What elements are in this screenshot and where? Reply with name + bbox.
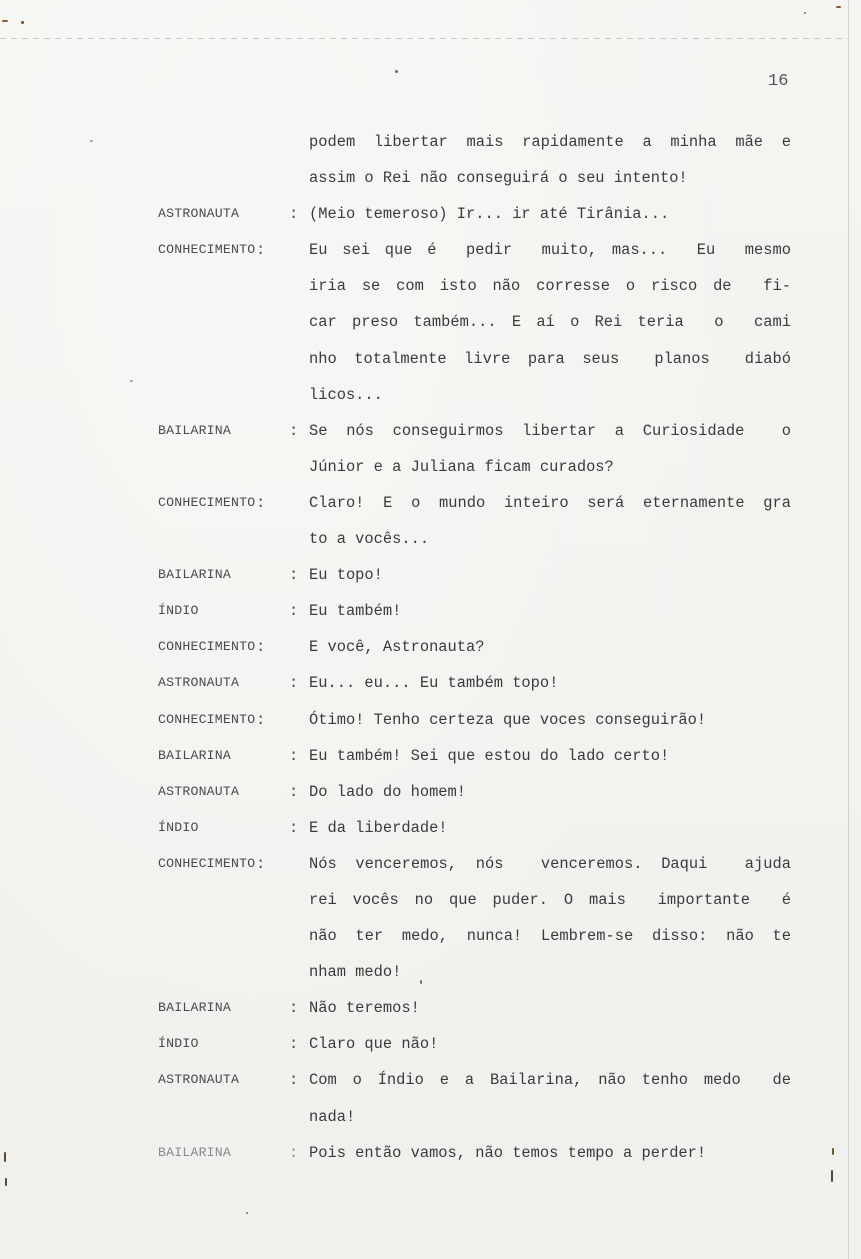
ink-speck [90, 140, 93, 142]
speaker-name: ÍNDIO [158, 810, 199, 846]
dialogue-line: ASTRONAUTA:Eu... eu... Eu também topo! [0, 665, 861, 701]
speaker-separator: : [289, 1062, 298, 1098]
speaker-separator: : [289, 665, 298, 701]
speaker-name: ASTRONAUTA [158, 774, 239, 810]
dialogue-line: BAILARINA:Se nós conseguirmos libertar a… [0, 413, 861, 449]
dialogue-text: Eu sei que é pedir muito, mas... Eu mesm… [309, 232, 791, 268]
speaker-separator: : [289, 774, 298, 810]
dialogue-line: CONHECIMENTO:Ótimo! Tenho certeza que vo… [0, 702, 861, 738]
speaker-name: CONHECIMENTO [158, 629, 255, 665]
speaker-name: CONHECIMENTO [158, 485, 255, 521]
speaker-separator: : [289, 413, 298, 449]
dialogue-text: Eu também! Sei que estou do lado certo! [309, 738, 669, 774]
dialogue-text: Ótimo! Tenho certeza que voces conseguir… [309, 702, 706, 738]
speaker-name: BAILARINA [158, 738, 231, 774]
speaker-separator: : [289, 990, 298, 1026]
dialogue-line: BAILARINA:Eu também! Sei que estou do la… [0, 738, 861, 774]
ink-speck [130, 380, 133, 382]
dialogue-script: podem libertar mais rapidamente a minha … [0, 124, 861, 1171]
speaker-separator: : [289, 738, 298, 774]
dialogue-text: assim o Rei não conseguirá o seu intento… [309, 160, 688, 196]
dialogue-continuation-line: assim o Rei não conseguirá o seu intento… [0, 160, 861, 196]
dialogue-continuation-line: to a vocês... [0, 521, 861, 557]
speaker-separator: : [256, 232, 265, 268]
dialogue-continuation-line: nham medo! [0, 954, 861, 990]
speaker-name: ÍNDIO [158, 1026, 199, 1062]
dialogue-line: CONHECIMENTO:Claro! E o mundo inteiro se… [0, 485, 861, 521]
speaker-separator: : [256, 629, 265, 665]
speaker-separator: : [289, 810, 298, 846]
speaker-separator: : [289, 196, 298, 232]
dialogue-text: car preso também... E aí o Rei teria o c… [309, 304, 791, 340]
dialogue-text: Do lado do homem! [309, 774, 466, 810]
dialogue-text: licos... [309, 377, 383, 413]
dialogue-text: rei vocês no que puder. O mais important… [309, 882, 791, 918]
dialogue-text: podem libertar mais rapidamente a minha … [309, 124, 791, 160]
speaker-separator: : [256, 702, 265, 738]
dialogue-line: BAILARINA:Pois então vamos, não temos te… [0, 1135, 861, 1171]
speaker-name: CONHECIMENTO [158, 846, 255, 882]
dialogue-text: Júnior e a Juliana ficam curados? [309, 449, 614, 485]
dialogue-text: E você, Astronauta? [309, 629, 484, 665]
dialogue-line: ÍNDIO:Eu também! [0, 593, 861, 629]
dialogue-line: CONHECIMENTO:E você, Astronauta? [0, 629, 861, 665]
dialogue-text: (Meio temeroso) Ir... ir até Tirânia... [309, 196, 669, 232]
staple-hole-mark [832, 1148, 834, 1155]
speaker-name: BAILARINA [158, 1135, 231, 1171]
speaker-separator: : [289, 1026, 298, 1062]
ink-speck [246, 1212, 248, 1214]
dialogue-line: ÍNDIO:Claro que não! [0, 1026, 861, 1062]
dialogue-continuation-line: car preso também... E aí o Rei teria o c… [0, 304, 861, 340]
dialogue-text: E da liberdade! [309, 810, 448, 846]
ink-speck [420, 980, 422, 984]
speaker-name: BAILARINA [158, 557, 231, 593]
dialogue-line: CONHECIMENTO:Nós venceremos, nós vencere… [0, 846, 861, 882]
dialogue-continuation-line: iria se com isto não corresse o risco de… [0, 268, 861, 304]
dialogue-continuation-line: nada! [0, 1099, 861, 1135]
speaker-name: ÍNDIO [158, 593, 199, 629]
typewritten-script-page: 16 podem libertar mais rapidamente a min… [0, 0, 861, 1259]
staple-hole-mark [5, 1178, 7, 1186]
dialogue-text: Pois então vamos, não temos tempo a perd… [309, 1135, 706, 1171]
dialogue-continuation-line: Júnior e a Juliana ficam curados? [0, 449, 861, 485]
dialogue-text: nham medo! [309, 954, 401, 990]
paper-stain-mark [21, 21, 24, 24]
top-margin-rule [0, 38, 848, 39]
dialogue-line: BAILARINA:Não teremos! [0, 990, 861, 1026]
dialogue-text: Claro que não! [309, 1026, 438, 1062]
dialogue-line: BAILARINA:Eu topo! [0, 557, 861, 593]
dialogue-text: to a vocês... [309, 521, 429, 557]
dialogue-text: Eu topo! [309, 557, 383, 593]
dialogue-text: Se nós conseguirmos libertar a Curiosida… [309, 413, 791, 449]
dialogue-text: Claro! E o mundo inteiro será eternament… [309, 485, 791, 521]
dialogue-continuation-line: licos... [0, 377, 861, 413]
dialogue-text: Nós venceremos, nós venceremos. Daqui aj… [309, 846, 791, 882]
speaker-name: CONHECIMENTO [158, 232, 255, 268]
staple-hole-mark [831, 1170, 833, 1182]
paper-stain-mark [836, 6, 841, 8]
dialogue-text: Com o Índio e a Bailarina, não tenho med… [309, 1062, 791, 1098]
speaker-separator: : [256, 846, 265, 882]
dialogue-text: iria se com isto não corresse o risco de… [309, 268, 791, 304]
staple-hole-mark [4, 1152, 6, 1162]
dialogue-text: nho totalmente livre para seus planos di… [309, 341, 791, 377]
ink-speck [395, 70, 398, 73]
dialogue-continuation-line: nho totalmente livre para seus planos di… [0, 341, 861, 377]
speaker-name: ASTRONAUTA [158, 196, 239, 232]
dialogue-continuation-line: rei vocês no que puder. O mais important… [0, 882, 861, 918]
speaker-name: ASTRONAUTA [158, 665, 239, 701]
dialogue-continuation-line: não ter medo, nunca! Lembrem-se disso: n… [0, 918, 861, 954]
page-number: 16 [768, 72, 788, 91]
paper-stain-mark [2, 20, 8, 22]
speaker-name: ASTRONAUTA [158, 1062, 239, 1098]
dialogue-text: Eu também! [309, 593, 401, 629]
dialogue-text: Eu... eu... Eu também topo! [309, 665, 558, 701]
dialogue-text: Não teremos! [309, 990, 420, 1026]
speaker-separator: : [256, 485, 265, 521]
speaker-separator: : [289, 1135, 298, 1171]
dialogue-text: não ter medo, nunca! Lembrem-se disso: n… [309, 918, 791, 954]
speaker-name: BAILARINA [158, 413, 231, 449]
dialogue-continuation-line: podem libertar mais rapidamente a minha … [0, 124, 861, 160]
speaker-separator: : [289, 593, 298, 629]
dialogue-text: nada! [309, 1099, 355, 1135]
ink-speck [804, 12, 806, 14]
dialogue-line: CONHECIMENTO:Eu sei que é pedir muito, m… [0, 232, 861, 268]
speaker-name: BAILARINA [158, 990, 231, 1026]
speaker-separator: : [289, 557, 298, 593]
dialogue-line: ASTRONAUTA:Do lado do homem! [0, 774, 861, 810]
dialogue-line: ASTRONAUTA:Com o Índio e a Bailarina, nã… [0, 1062, 861, 1098]
dialogue-line: ÍNDIO:E da liberdade! [0, 810, 861, 846]
speaker-name: CONHECIMENTO [158, 702, 255, 738]
dialogue-line: ASTRONAUTA:(Meio temeroso) Ir... ir até … [0, 196, 861, 232]
